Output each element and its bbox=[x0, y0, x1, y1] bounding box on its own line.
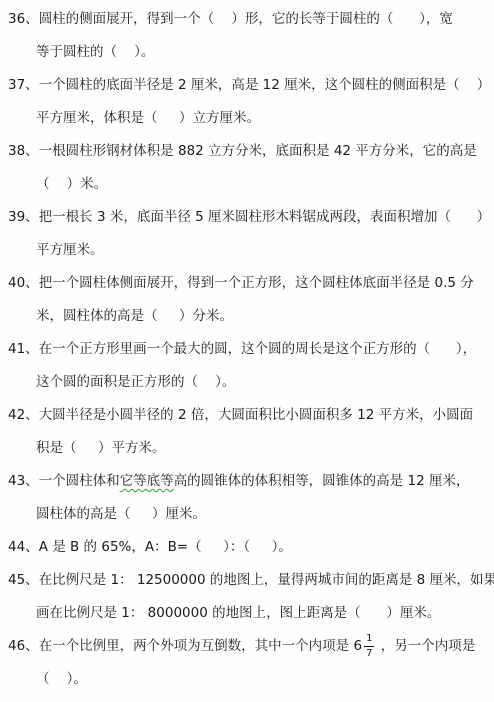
question-line: 米，圆柱体的高是（ ）分米。 bbox=[0, 300, 494, 333]
question-text: 一根圆柱形钢材体积是 882 立方分米，底面积是 42 平方分米，它的高是 bbox=[39, 143, 477, 159]
fraction-denominator: 7 bbox=[364, 647, 374, 660]
question-number: 46、 bbox=[8, 638, 39, 654]
question-line: 41、在一个正方形里画一个最大的圆，这个圆的周长是这个正方形的（ ）， bbox=[0, 333, 494, 366]
question-text: 把一根长 3 米，底面半径 5 厘米圆柱形木料锯成两段，表面积增加（ ） bbox=[39, 209, 491, 225]
question-number: 41、 bbox=[8, 341, 39, 357]
question-line: 等于圆柱的（ ）。 bbox=[0, 36, 494, 69]
question-line: 这个圆的面积是正方形的（ ）。 bbox=[0, 366, 494, 399]
question-text: 圆柱的侧面展开，得到一个（ ）形，它的长等于圆柱的（ ），宽 bbox=[39, 11, 453, 27]
question-41: 41、在一个正方形里画一个最大的圆，这个圆的周长是这个正方形的（ ）， 这个圆的… bbox=[0, 333, 494, 399]
question-line: 37、一个圆柱的底面半径是 2 厘米，高是 12 厘米，这个圆柱的侧面积是（ ） bbox=[0, 69, 494, 102]
question-line: 44、A 是 B 的 65%，A：B=（ ）：（ ）。 bbox=[0, 531, 494, 564]
question-number: 36、 bbox=[8, 11, 39, 27]
question-text: 平方厘米。 bbox=[36, 242, 104, 258]
question-line: （ ）。 bbox=[0, 663, 494, 696]
question-text: 平方厘米，体积是（ ）立方厘米。 bbox=[36, 110, 260, 126]
question-number: 43、 bbox=[8, 473, 39, 489]
question-text: 一个圆柱的底面半径是 2 厘米，高是 12 厘米，这个圆柱的侧面积是（ ） bbox=[39, 77, 491, 93]
question-text: 画在比例尺是 1： 8000000 的地图上，图上距离是（ ）厘米。 bbox=[36, 605, 440, 621]
question-text: 圆柱体的高是（ ）厘米。 bbox=[36, 506, 206, 522]
question-36: 36、圆柱的侧面展开，得到一个（ ）形，它的长等于圆柱的（ ），宽 等于圆柱的（… bbox=[0, 3, 494, 69]
question-39: 39、把一根长 3 米，底面半径 5 厘米圆柱形木料锯成两段，表面积增加（ ） … bbox=[0, 201, 494, 267]
question-text: 大圆半径是小圆半径的 2 倍，大圆面积比小圆面积多 12 平方米，小圆面 bbox=[39, 407, 473, 423]
question-line: 42、大圆半径是小圆半径的 2 倍，大圆面积比小圆面积多 12 平方米，小圆面 bbox=[0, 399, 494, 432]
question-text: A 是 B 的 65%，A：B=（ ）：（ ）。 bbox=[39, 539, 292, 555]
question-40: 40、把一个圆柱体侧面展开，得到一个正方形，这个圆柱体底面半径是 0.5 分 米… bbox=[0, 267, 494, 333]
question-text: 一个圆柱体和 bbox=[39, 473, 120, 489]
question-text: 在比例尺是 1： 12500000 的地图上，量得两城市间的距离是 8 厘米，如… bbox=[39, 572, 494, 588]
question-text: （ ）米。 bbox=[36, 176, 107, 192]
mixed-fraction: 17 bbox=[364, 633, 374, 659]
question-line: 38、一根圆柱形钢材体积是 882 立方分米，底面积是 42 平方分米，它的高是 bbox=[0, 135, 494, 168]
question-line: 画在比例尺是 1： 8000000 的地图上，图上距离是（ ）厘米。 bbox=[0, 597, 494, 630]
question-number: 39、 bbox=[8, 209, 39, 225]
question-number: 45、 bbox=[8, 572, 39, 588]
question-37: 37、一个圆柱的底面半径是 2 厘米，高是 12 厘米，这个圆柱的侧面积是（ ）… bbox=[0, 69, 494, 135]
fraction-numerator: 1 bbox=[364, 633, 374, 647]
spellcheck-flagged-text: 它等底等 bbox=[120, 473, 174, 489]
question-line: 39、把一根长 3 米，底面半径 5 厘米圆柱形木料锯成两段，表面积增加（ ） bbox=[0, 201, 494, 234]
question-number: 42、 bbox=[8, 407, 39, 423]
question-text: ，另一个内项是 bbox=[376, 638, 475, 654]
question-text: 这个圆的面积是正方形的（ ）。 bbox=[36, 374, 235, 390]
question-line: 36、圆柱的侧面展开，得到一个（ ）形，它的长等于圆柱的（ ），宽 bbox=[0, 3, 494, 36]
question-43: 43、一个圆柱体和它等底等高的圆锥体的体积相等，圆锥体的高是 12 厘米， 圆柱… bbox=[0, 465, 494, 531]
question-line: 40、把一个圆柱体侧面展开，得到一个正方形，这个圆柱体底面半径是 0.5 分 bbox=[0, 267, 494, 300]
question-text: 等于圆柱的（ ）。 bbox=[36, 44, 154, 60]
question-text: （ ）。 bbox=[36, 671, 87, 687]
question-42: 42、大圆半径是小圆半径的 2 倍，大圆面积比小圆面积多 12 平方米，小圆面 … bbox=[0, 399, 494, 465]
question-line: 平方厘米。 bbox=[0, 234, 494, 267]
question-line: 平方厘米，体积是（ ）立方厘米。 bbox=[0, 102, 494, 135]
question-number: 37、 bbox=[8, 77, 39, 93]
question-text: 积是（ ）平方米。 bbox=[36, 440, 165, 456]
worksheet-page: 36、圆柱的侧面展开，得到一个（ ）形，它的长等于圆柱的（ ），宽 等于圆柱的（… bbox=[0, 0, 494, 702]
question-38: 38、一根圆柱形钢材体积是 882 立方分米，底面积是 42 平方分米，它的高是… bbox=[0, 135, 494, 201]
question-number: 40、 bbox=[8, 275, 39, 291]
question-line: 圆柱体的高是（ ）厘米。 bbox=[0, 498, 494, 531]
question-text: 在一个比例里，两个外项为互倒数，其中一个内项是 6 bbox=[39, 638, 362, 654]
question-line: （ ）米。 bbox=[0, 168, 494, 201]
question-line: 43、一个圆柱体和它等底等高的圆锥体的体积相等，圆锥体的高是 12 厘米， bbox=[0, 465, 494, 498]
question-line: 46、在一个比例里，两个外项为互倒数，其中一个内项是 617 ，另一个内项是 bbox=[0, 630, 494, 663]
question-line: 积是（ ）平方米。 bbox=[0, 432, 494, 465]
question-46: 46、在一个比例里，两个外项为互倒数，其中一个内项是 617 ，另一个内项是 （… bbox=[0, 630, 494, 696]
question-text: 在一个正方形里画一个最大的圆，这个圆的周长是这个正方形的（ ）， bbox=[39, 341, 477, 357]
question-44: 44、A 是 B 的 65%，A：B=（ ）：（ ）。 bbox=[0, 531, 494, 564]
question-text: 米，圆柱体的高是（ ）分米。 bbox=[36, 308, 233, 324]
question-text: 高的圆锥体的体积相等，圆锥体的高是 12 厘米， bbox=[174, 473, 470, 489]
question-45: 45、在比例尺是 1： 12500000 的地图上，量得两城市间的距离是 8 厘… bbox=[0, 564, 494, 630]
question-text: 把一个圆柱体侧面展开，得到一个正方形，这个圆柱体底面半径是 0.5 分 bbox=[39, 275, 474, 291]
question-number: 38、 bbox=[8, 143, 39, 159]
question-number: 44、 bbox=[8, 539, 39, 555]
question-line: 45、在比例尺是 1： 12500000 的地图上，量得两城市间的距离是 8 厘… bbox=[0, 564, 494, 597]
